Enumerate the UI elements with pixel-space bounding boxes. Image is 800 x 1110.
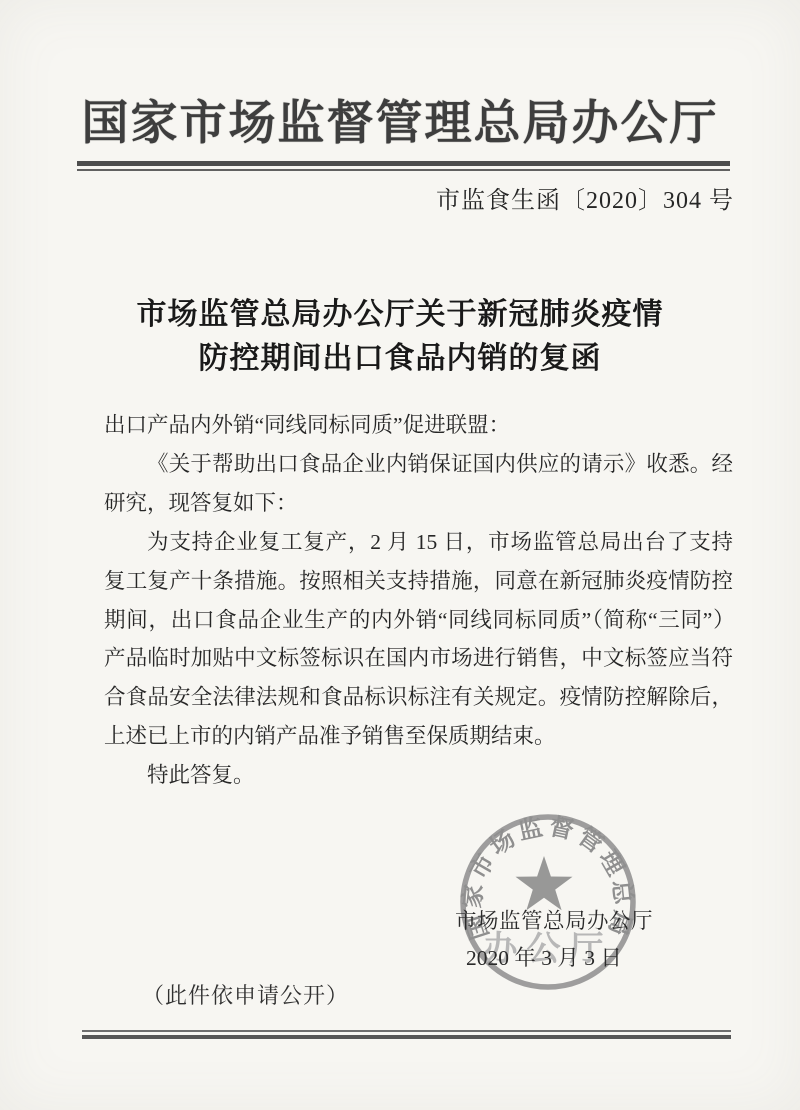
document-title: 市场监管总局办公厅关于新冠肺炎疫情 防控期间出口食品内销的复函 <box>0 293 800 381</box>
signature-org-name: 市场监管总局办公厅 <box>455 904 653 935</box>
body-line: 上述已上市的内销产品准予销售至保质期结束。 <box>104 717 733 756</box>
body-line: 《关于帮助出口食品企业内销保证国内供应的请示》收悉。经 <box>104 445 733 484</box>
body-line: 复工复产十条措施。按照相关支持措施，同意在新冠肺炎疫情防控 <box>104 562 733 601</box>
footer-divider <box>82 1030 731 1039</box>
letterhead-org-name: 国家市场监督管理总局办公厅 <box>0 86 800 153</box>
body-line: 产品临时加贴中文标签标识在国内市场进行销售，中文标签应当符 <box>104 639 733 678</box>
official-seal-stamp: 国家市场监督管理总局 办公厅 <box>448 802 648 1002</box>
body-line: 期间，出口食品企业生产的内外销“同线同标同质”（简称“三同”） <box>104 601 733 640</box>
seal-star-icon <box>516 856 573 910</box>
signature-date: 2020 年 3 月 3 日 <box>466 941 622 972</box>
disclosure-note: （此件依申请公开） <box>142 979 349 1010</box>
document-title-line1: 市场监管总局办公厅关于新冠肺炎疫情 <box>0 293 800 337</box>
document-number: 市监食生函〔2020〕304 号 <box>436 180 734 215</box>
body-line: 研究，现答复如下： <box>104 484 733 523</box>
body-line: 为支持企业复工复产，2 月 15 日，市场监管总局出台了支持 <box>104 523 733 562</box>
document-body: 出口产品内外销“同线同标同质”促进联盟： 《关于帮助出口食品企业内销保证国内供应… <box>104 406 733 795</box>
body-line: 特此答复。 <box>104 756 733 795</box>
document-title-line2: 防控期间出口食品内销的复函 <box>0 337 800 381</box>
body-line: 合食品安全法律法规和食品标识标注有关规定。疫情防控解除后， <box>104 678 733 717</box>
body-line: 出口产品内外销“同线同标同质”促进联盟： <box>104 406 733 445</box>
letterhead-divider <box>77 161 730 171</box>
scanned-document-page: 国家市场监督管理总局办公厅 市监食生函〔2020〕304 号 市场监管总局办公厅… <box>0 0 800 1110</box>
